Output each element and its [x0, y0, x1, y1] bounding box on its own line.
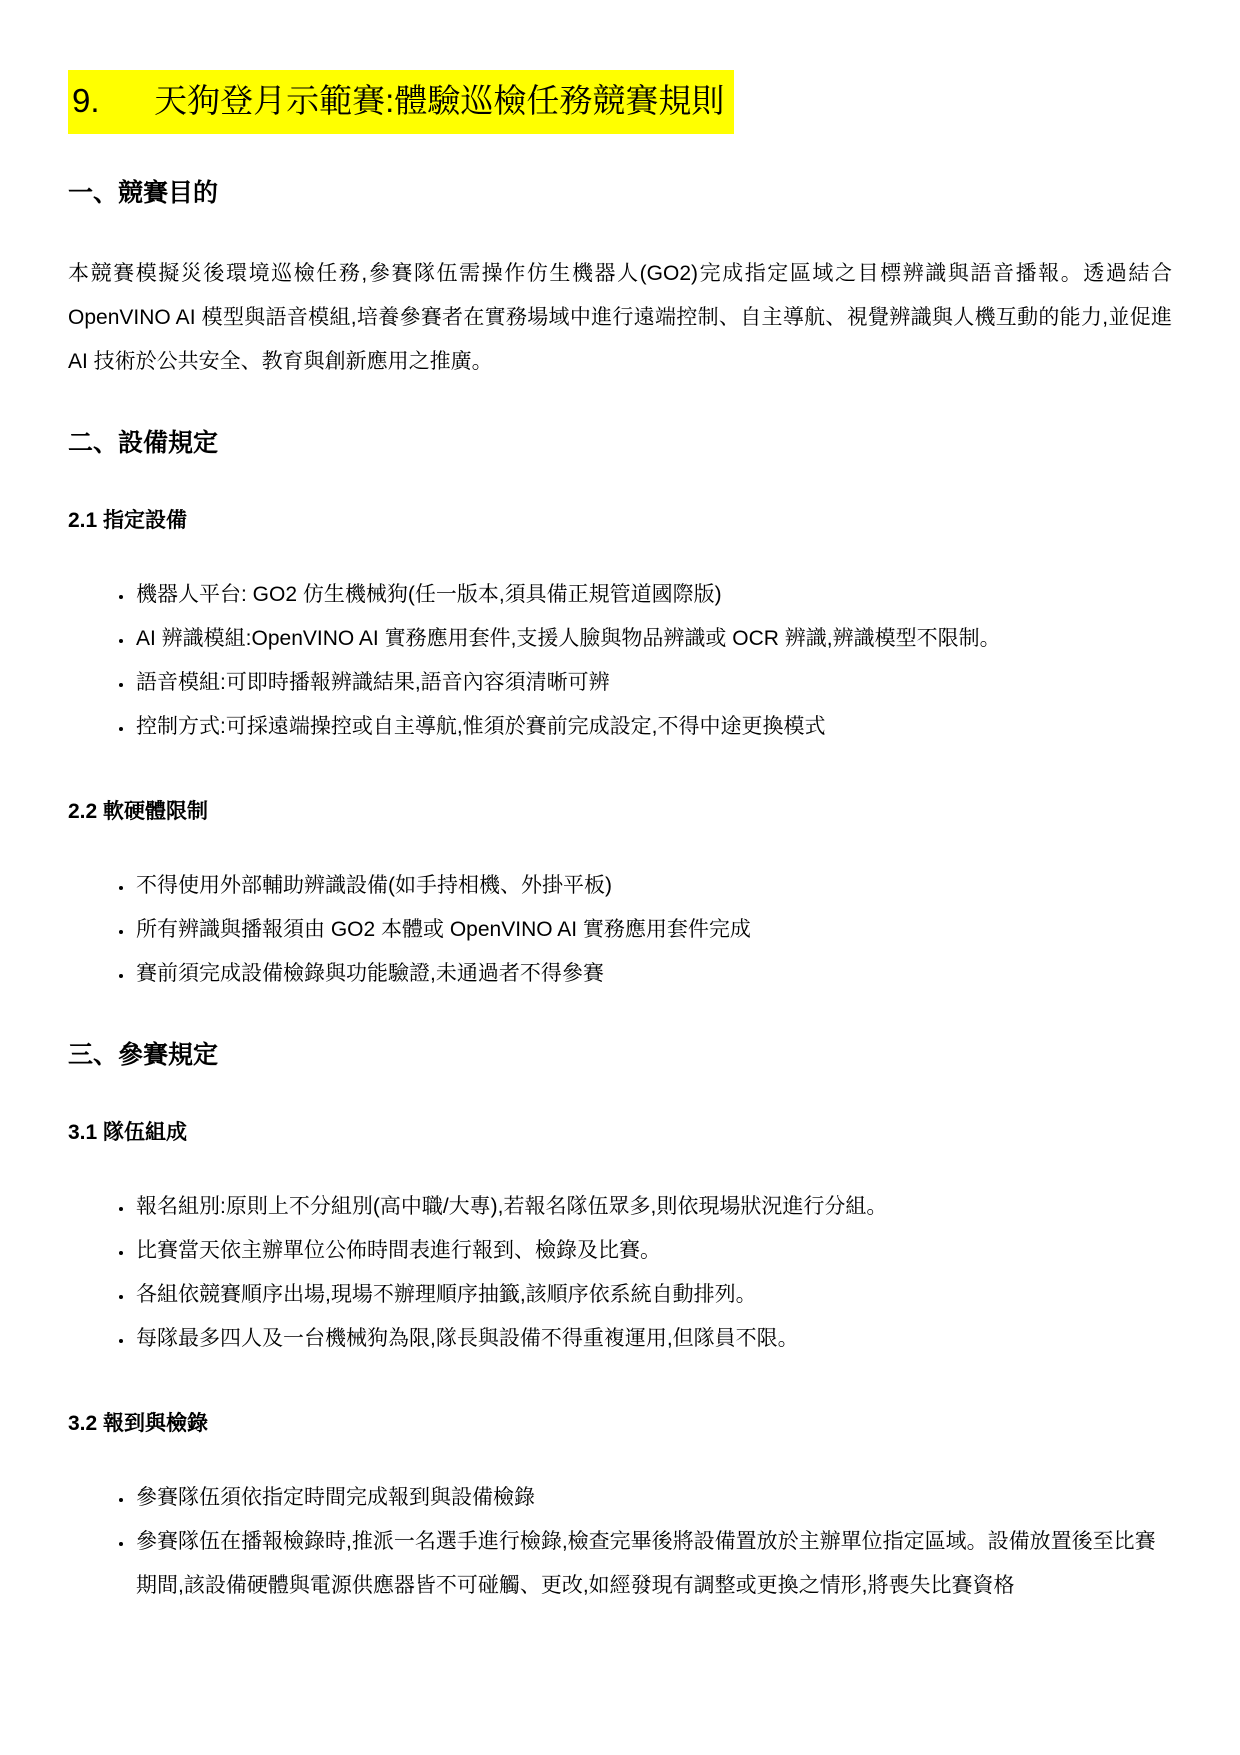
- list-item: 報名組別:原則上不分組別(高中職/大專),若報名隊伍眾多,則依現場狀況進行分組。: [134, 1185, 1172, 1229]
- section-heading-participation: 三、參賽規定: [68, 1040, 1172, 1070]
- list-item: 比賽當天依主辦單位公佈時間表進行報到、檢錄及比賽。: [134, 1229, 1172, 1273]
- bullet-list-3-1: 報名組別:原則上不分組別(高中職/大專),若報名隊伍眾多,則依現場狀況進行分組。…: [68, 1185, 1172, 1361]
- document-page: 9. 天狗登月示範賽:體驗巡檢任務競賽規則 一、競賽目的 本競賽模擬災後環境巡檢…: [0, 0, 1240, 1755]
- document-title: 9. 天狗登月示範賽:體驗巡檢任務競賽規則: [68, 70, 1172, 134]
- list-item: AI 辨識模組:OpenVINO AI 實務應用套件,支援人臉與物品辨識或 OC…: [134, 617, 1172, 661]
- title-number: 9.: [72, 81, 145, 121]
- section-heading-equipment: 二、設備規定: [68, 428, 1172, 458]
- subsection-heading-3-2: 3.2 報到與檢錄: [68, 1411, 1172, 1436]
- title-text: 天狗登月示範賽:體驗巡檢任務競賽規則: [154, 82, 724, 119]
- purpose-paragraph: 本競賽模擬災後環境巡檢任務,參賽隊伍需操作仿生機器人(GO2)完成指定區域之目標…: [68, 252, 1172, 384]
- bullet-list-2-2: 不得使用外部輔助辨識設備(如手持相機、外掛平板) 所有辨識與播報須由 GO2 本…: [68, 864, 1172, 996]
- list-item: 所有辨識與播報須由 GO2 本體或 OpenVINO AI 實務應用套件完成: [134, 908, 1172, 952]
- list-item: 控制方式:可採遠端操控或自主導航,惟須於賽前完成設定,不得中途更換模式: [134, 705, 1172, 749]
- list-item: 語音模組:可即時播報辨識結果,語音內容須清晰可辨: [134, 661, 1172, 705]
- list-item: 各組依競賽順序出場,現場不辦理順序抽籤,該順序依系統自動排列。: [134, 1273, 1172, 1317]
- bullet-list-2-1: 機器人平台: GO2 仿生機械狗(任一版本,須具備正規管道國際版) AI 辨識模…: [68, 573, 1172, 749]
- section-heading-purpose: 一、競賽目的: [68, 178, 1172, 208]
- subsection-heading-2-1: 2.1 指定設備: [68, 508, 1172, 533]
- list-item: 不得使用外部輔助辨識設備(如手持相機、外掛平板): [134, 864, 1172, 908]
- subsection-heading-3-1: 3.1 隊伍組成: [68, 1120, 1172, 1145]
- bullet-list-3-2: 參賽隊伍須依指定時間完成報到與設備檢錄 參賽隊伍在播報檢錄時,推派一名選手進行檢…: [68, 1476, 1172, 1608]
- list-item: 機器人平台: GO2 仿生機械狗(任一版本,須具備正規管道國際版): [134, 573, 1172, 617]
- title-highlight: 9. 天狗登月示範賽:體驗巡檢任務競賽規則: [68, 70, 734, 134]
- list-item: 參賽隊伍在播報檢錄時,推派一名選手進行檢錄,檢查完畢後將設備置放於主辦單位指定區…: [134, 1520, 1172, 1608]
- list-item: 賽前須完成設備檢錄與功能驗證,未通過者不得參賽: [134, 952, 1172, 996]
- list-item: 每隊最多四人及一台機械狗為限,隊長與設備不得重複運用,但隊員不限。: [134, 1317, 1172, 1361]
- list-item: 參賽隊伍須依指定時間完成報到與設備檢錄: [134, 1476, 1172, 1520]
- subsection-heading-2-2: 2.2 軟硬體限制: [68, 799, 1172, 824]
